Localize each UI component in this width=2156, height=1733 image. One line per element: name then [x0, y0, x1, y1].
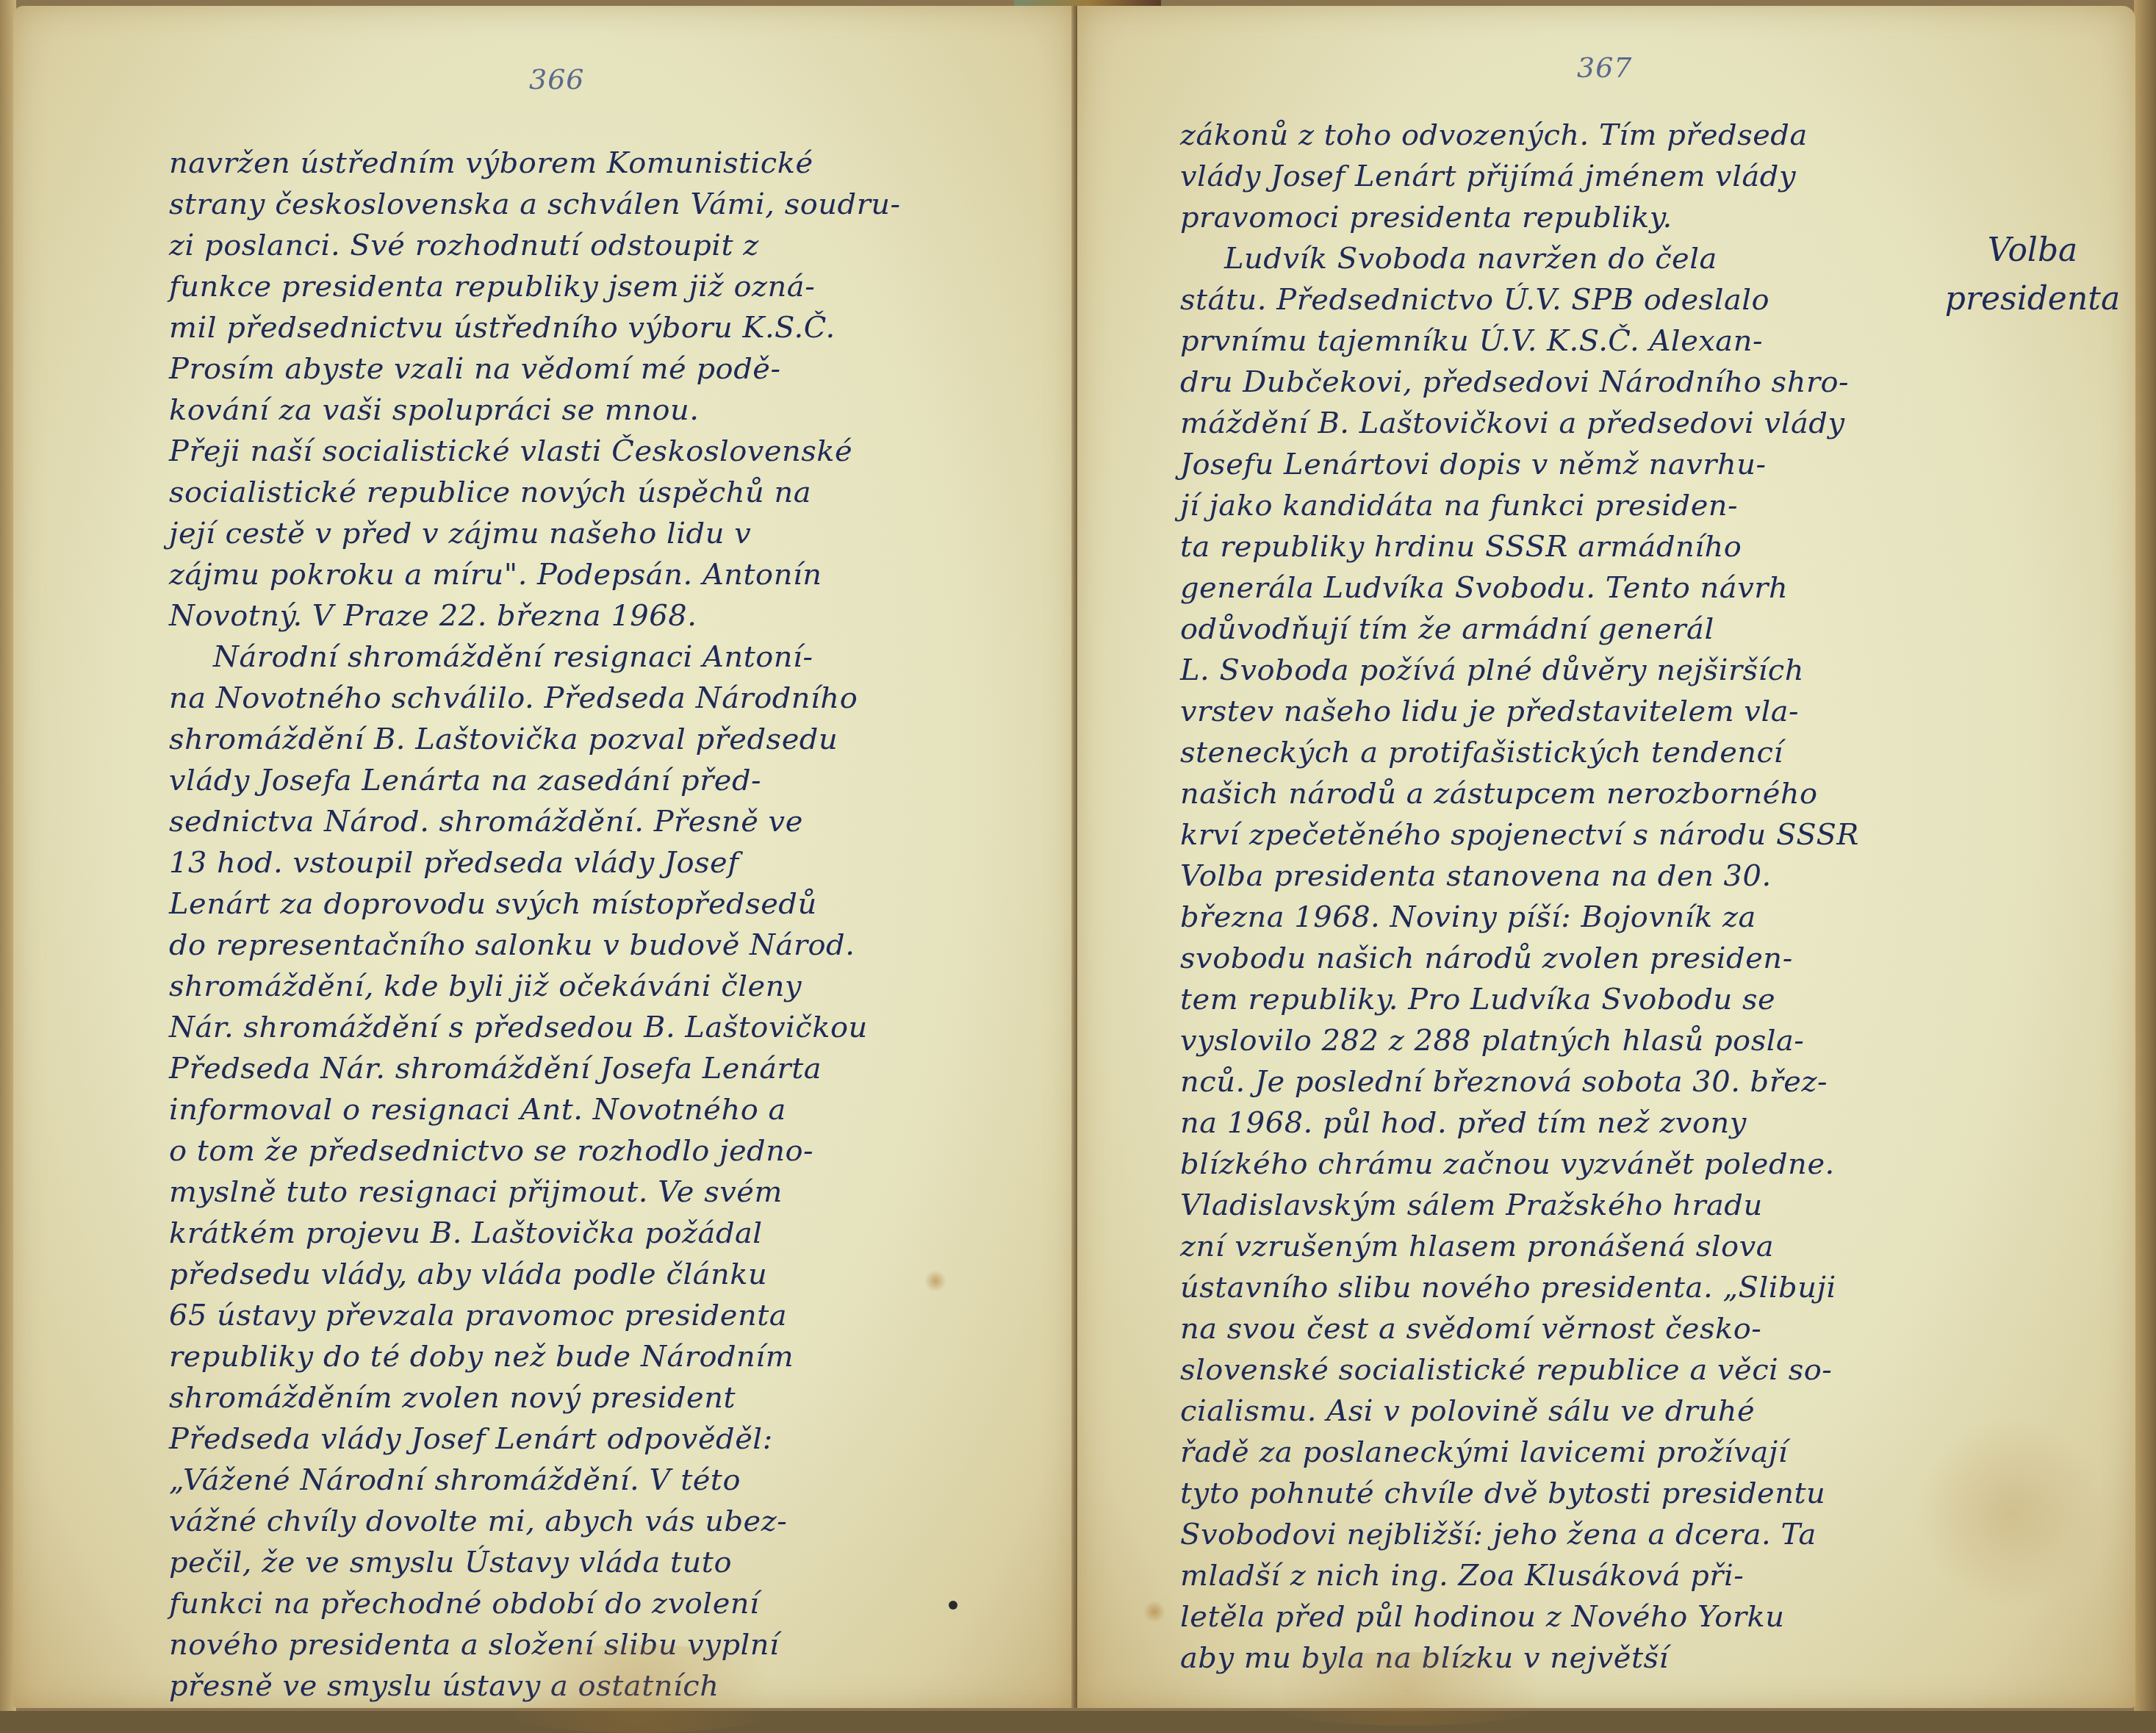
handwritten-line: Volba presidenta stanovena na den 30. [1180, 855, 1859, 897]
water-stain [1915, 1417, 2106, 1608]
handwritten-line: její cestě v před v zájmu našeho lidu v [169, 513, 901, 554]
ink-blot [949, 1601, 957, 1610]
foxing-stain [924, 1270, 946, 1292]
handwritten-line: dru Dubčekovi, předsedovi Národního shro… [1180, 362, 1859, 403]
handwritten-line: Předseda vlády Josef Lenárt odpověděl: [169, 1418, 901, 1460]
handwritten-line: nců. Je poslední březnová sobota 30. bře… [1180, 1061, 1859, 1102]
handwritten-line: zájmu pokroku a míru". Podepsán. Antonín [169, 554, 901, 595]
margin-note-line: presidenta [1944, 275, 2121, 323]
handwritten-line: Přeji naší socialistické vlasti Českoslo… [169, 431, 901, 472]
left-page: 366 navržen ústředním výborem Komunistic… [13, 6, 1076, 1708]
handwritten-line: slovenské socialistické republice a věci… [1180, 1349, 1859, 1391]
margin-note-line: Volba [1944, 226, 2121, 275]
handwritten-line: Svobodovi nejbližší: jeho žena a dcera. … [1180, 1514, 1859, 1555]
handwritten-line: mladší z nich ing. Zoa Klusáková při- [1180, 1555, 1859, 1596]
right-page-text: zákonů z toho odvozených. Tím předsedavl… [1180, 115, 1859, 1679]
handwritten-line: blízkého chrámu začnou vyzvánět poledne. [1180, 1144, 1859, 1185]
handwritten-line: svobodu našich národů zvolen presiden- [1180, 938, 1859, 979]
handwritten-line: zi poslanci. Své rozhodnutí odstoupit z [169, 225, 901, 266]
handwritten-line: Předseda Nár. shromáždění Josefa Lenárta [169, 1048, 901, 1089]
handwritten-line: Národní shromáždění resignaci Antoní- [169, 636, 901, 678]
handwritten-line: Lenárt za doprovodu svých místopředsedů [169, 883, 901, 925]
foxing-stain [1143, 1601, 1165, 1623]
handwritten-line: zní vzrušeným hlasem pronášená slova [1180, 1226, 1859, 1267]
margin-note: Volba presidenta [1944, 226, 2121, 323]
handwritten-line: sednictva Národ. shromáždění. Přesně ve [169, 801, 901, 842]
handwritten-line: státu. Předsednictvo Ú.V. SPB odeslalo [1180, 279, 1859, 320]
handwritten-line: pravomoci presidenta republiky. [1180, 197, 1859, 238]
handwritten-line: shromážděním zvolen nový president [169, 1377, 901, 1418]
handwritten-line: odůvodňují tím že armádní generál [1180, 609, 1859, 650]
handwritten-line: o tom že předsednictvo se rozhodlo jedno… [169, 1130, 901, 1172]
handwritten-line: ta republiky hrdinu SSSR armádního [1180, 526, 1859, 567]
handwritten-line: na svou čest a svědomí věrnost česko- [1180, 1308, 1859, 1349]
handwritten-line: Josefu Lenártovi dopis v němž navrhu- [1180, 444, 1859, 485]
handwritten-line: shromáždění B. Laštovička pozval předsed… [169, 719, 901, 760]
handwritten-line: letěla před půl hodinou z Nového Yorku [1180, 1596, 1859, 1637]
handwritten-line: vyslovilo 282 z 288 platných hlasů posla… [1180, 1020, 1859, 1061]
handwritten-line: L. Svoboda požívá plné důvěry nejširších [1180, 650, 1859, 691]
handwritten-line: do representačního salonku v budově Náro… [169, 925, 901, 966]
handwritten-line: předsedu vlády, aby vláda podle článku [169, 1254, 901, 1295]
handwritten-line: vlády Josefa Lenárta na zasedání před- [169, 760, 901, 801]
handwritten-line: vážné chvíly dovolte mi, abych vás ubez- [169, 1501, 901, 1542]
handwritten-line: myslně tuto resignaci přijmout. Ve svém [169, 1172, 901, 1213]
page-number-right: 367 [1577, 51, 1633, 84]
handwritten-line: jí jako kandidáta na funkci presiden- [1180, 485, 1859, 526]
handwritten-line: strany československa a schválen Vámi, s… [169, 184, 901, 225]
handwritten-line: informoval o resignaci Ant. Novotného a [169, 1089, 901, 1130]
handwritten-line: „Vážené Národní shromáždění. V této [169, 1460, 901, 1501]
page-number-left: 366 [529, 63, 585, 96]
handwritten-line: krátkém projevu B. Laštovička požádal [169, 1213, 901, 1254]
handwritten-line: pečil, že ve smyslu Ústavy vláda tuto [169, 1542, 901, 1583]
handwritten-line: kování za vaši spolupráci se mnou. [169, 390, 901, 431]
handwritten-line: cialismu. Asi v polovině sálu ve druhé [1180, 1391, 1859, 1432]
left-page-text: navržen ústředním výborem Komunistickést… [169, 143, 901, 1707]
handwritten-line: steneckých a protifašistických tendencí [1180, 732, 1859, 773]
open-book: 366 navržen ústředním výborem Komunistic… [0, 0, 2156, 1711]
book-edge-right [2134, 0, 2156, 1711]
handwritten-line: Vladislavským sálem Pražského hradu [1180, 1185, 1859, 1226]
handwritten-line: funkci na přechodné období do zvolení [169, 1583, 901, 1624]
handwritten-line: Novotný. V Praze 22. března 1968. [169, 595, 901, 636]
handwritten-line: funkce presidenta republiky jsem již ozn… [169, 266, 901, 307]
handwritten-line: tem republiky. Pro Ludvíka Svobodu se [1180, 979, 1859, 1020]
handwritten-line: prvnímu tajemníku Ú.V. K.S.Č. Alexan- [1180, 320, 1859, 362]
handwritten-line: socialistické republice nových úspěchů n… [169, 472, 901, 513]
handwritten-line: krví zpečetěného spojenectví s národu SS… [1180, 814, 1859, 855]
handwritten-line: Ludvík Svoboda navržen do čela [1180, 238, 1859, 279]
handwritten-line: 65 ústavy převzala pravomoc presidenta [169, 1295, 901, 1336]
handwritten-line: vlády Josef Lenárt přijímá jménem vlády [1180, 156, 1859, 197]
handwritten-line: Prosím abyste vzali na vědomí mé podě- [169, 348, 901, 390]
handwritten-line: na Novotného schválilo. Předseda Národní… [169, 678, 901, 719]
handwritten-line: navržen ústředním výborem Komunistické [169, 143, 901, 184]
handwritten-line: na 1968. půl hod. před tím než zvony [1180, 1102, 1859, 1144]
handwritten-line: ústavního slibu nového presidenta. „Slib… [1180, 1267, 1859, 1308]
handwritten-line: našich národů a zástupcem nerozborného [1180, 773, 1859, 814]
handwritten-line: března 1968. Noviny píší: Bojovník za [1180, 897, 1859, 938]
handwritten-line: Nár. shromáždění s předsedou B. Laštovič… [169, 1007, 901, 1048]
handwritten-line: tyto pohnuté chvíle dvě bytosti presiden… [1180, 1473, 1859, 1514]
handwritten-line: republiky do té doby než bude Národním [169, 1336, 901, 1377]
handwritten-line: řadě za poslaneckými lavicemi prožívají [1180, 1432, 1859, 1473]
right-page: 367 zákonů z toho odvozených. Tím předse… [1077, 6, 2135, 1708]
handwritten-line: generála Ludvíka Svobodu. Tento návrh [1180, 567, 1859, 609]
handwritten-line: 13 hod. vstoupil předseda vlády Josef [169, 842, 901, 883]
handwritten-line: vrstev našeho lidu je představitelem vla… [1180, 691, 1859, 732]
handwritten-line: mil předsednictvu ústředního výboru K.S.… [169, 307, 901, 348]
handwritten-line: máždění B. Laštovičkovi a předsedovi vlá… [1180, 403, 1859, 444]
handwritten-line: shromáždění, kde byli již očekáváni člen… [169, 966, 901, 1007]
handwritten-line: zákonů z toho odvozených. Tím předseda [1180, 115, 1859, 156]
